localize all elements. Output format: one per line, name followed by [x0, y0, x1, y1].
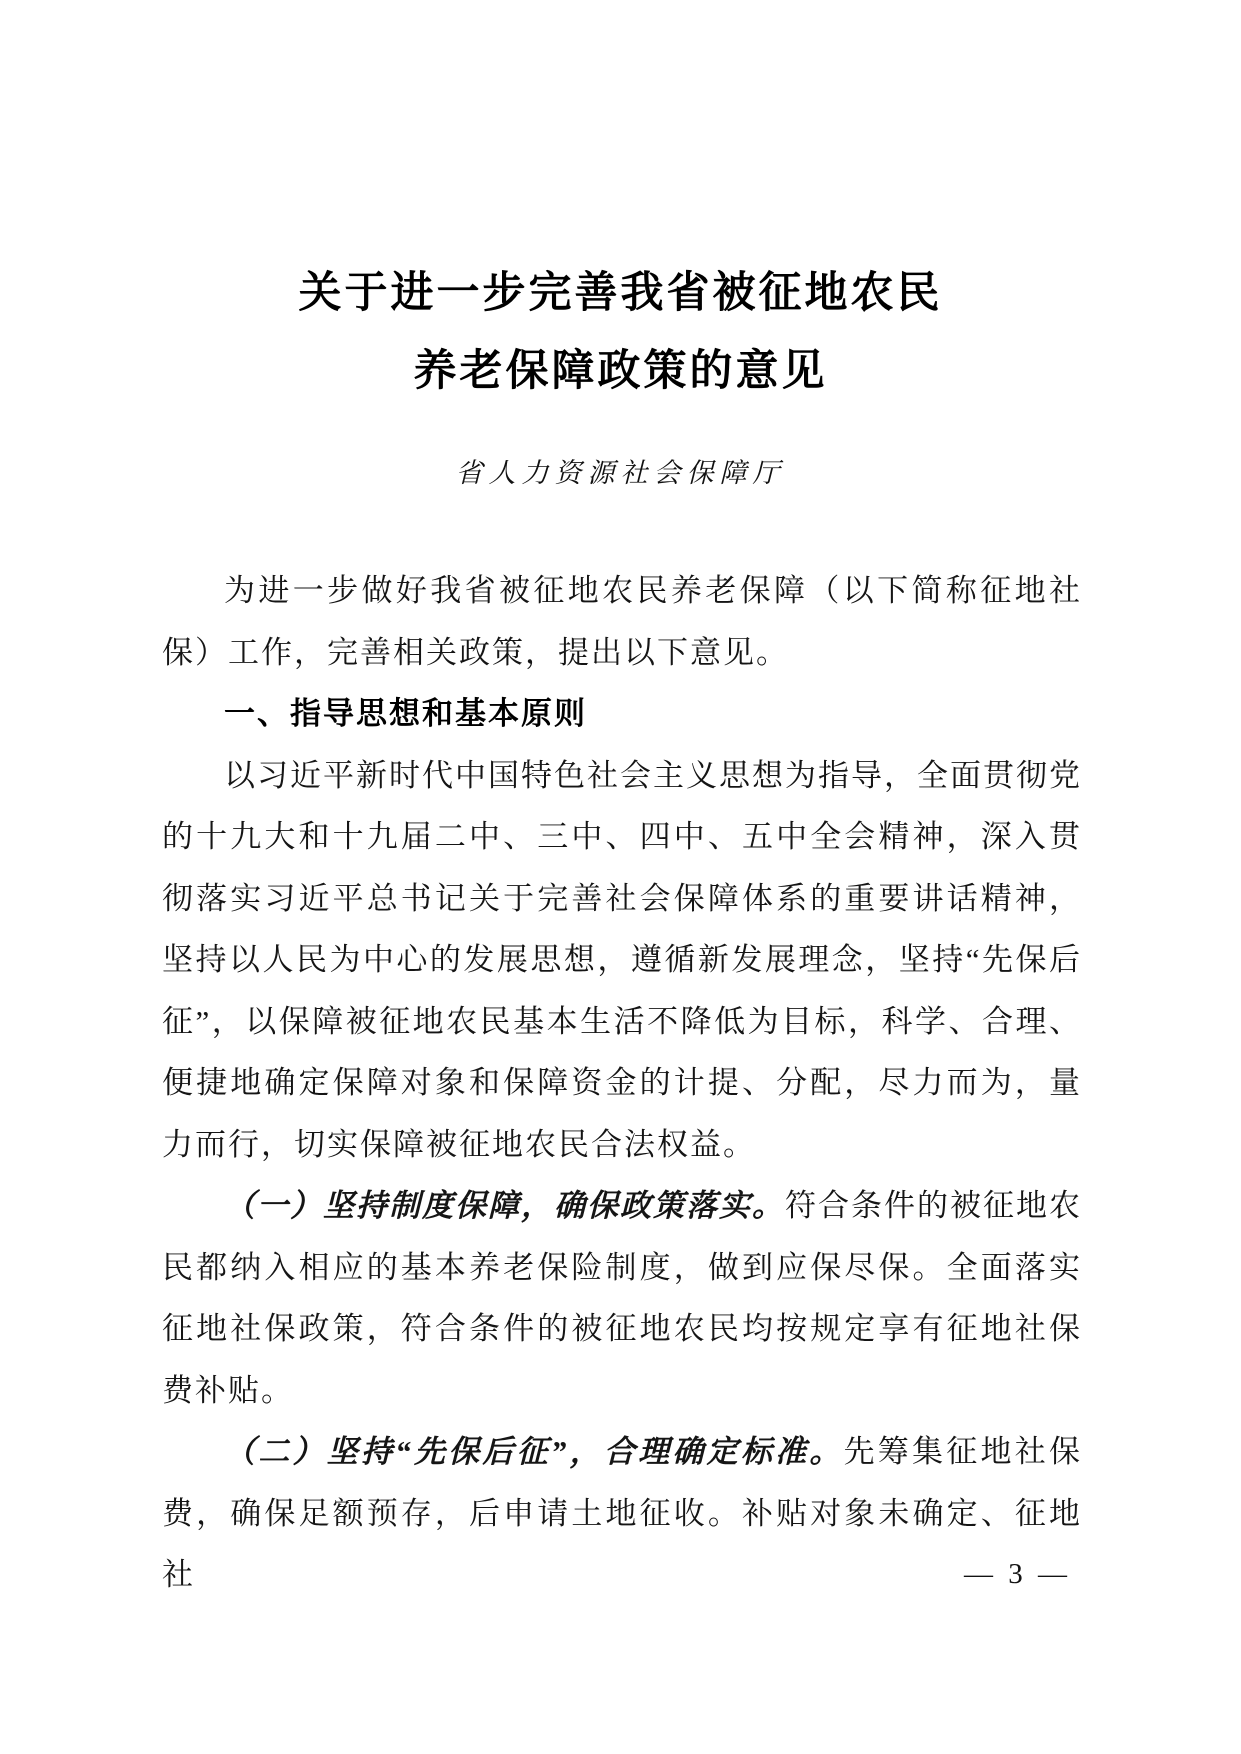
document-author: 省人力资源社会保障厅: [0, 460, 1241, 487]
document-title-line1: 关于进一步完善我省被征地农民: [0, 272, 1241, 315]
item-1-lead: （一）坚持制度保障，确保政策落实。: [224, 1188, 785, 1223]
document-page: 关于进一步完善我省被征地农民 养老保障政策的意见 省人力资源社会保障厅 为进一步…: [0, 0, 1241, 1754]
section-1-paragraph: 以习近平新时代中国特色社会主义思想为指导，全面贯彻党的十九大和十九届二中、三中、…: [162, 745, 1082, 1176]
item-2-lead: （二）坚持“先保后征”，合理确定标准。: [224, 1434, 844, 1469]
section-1-heading: 一、指导思想和基本原则: [162, 683, 1082, 745]
document-body: 为进一步做好我省被征地农民养老保障（以下简称征地社保）工作，完善相关政策，提出以…: [162, 560, 1082, 1606]
intro-paragraph: 为进一步做好我省被征地农民养老保障（以下简称征地社保）工作，完善相关政策，提出以…: [162, 560, 1082, 683]
page-number: — 3 —: [964, 1560, 1071, 1589]
item-1-paragraph: （一）坚持制度保障，确保政策落实。符合条件的被征地农民都纳入相应的基本养老保险制…: [162, 1175, 1082, 1421]
item-2-paragraph: （二）坚持“先保后征”，合理确定标准。先筹集征地社保费，确保足额预存，后申请土地…: [162, 1421, 1082, 1606]
document-title-line2: 养老保障政策的意见: [0, 350, 1241, 393]
